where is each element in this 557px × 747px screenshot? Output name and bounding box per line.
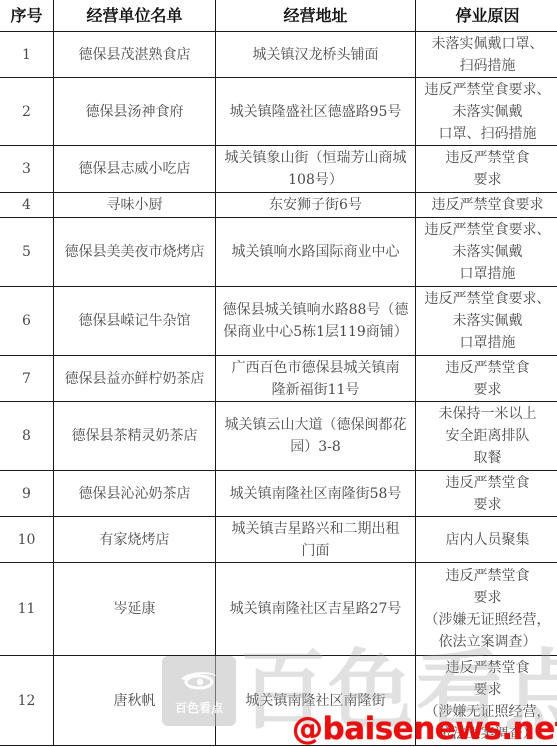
- row-closure-reason: 店内人员聚集: [416, 517, 557, 563]
- table-row: 4寻味小厨东安狮子街6号违反严禁堂食要求: [0, 193, 557, 218]
- row-serial-number: 12: [0, 656, 54, 746]
- row-serial-number: 5: [0, 218, 54, 287]
- row-business-address: 城关镇汉龙桥头铺面: [216, 32, 416, 78]
- row-business-address: 广西百色市德保县城关镇南 隆新福街11号: [216, 356, 416, 402]
- header-serial-number: 序号: [0, 0, 54, 32]
- table-header-row: 序号 经营单位名单 经营地址 停业原因: [0, 0, 557, 32]
- row-business-name: 德保县益亦鲜柠奶茶店: [54, 356, 216, 402]
- row-closure-reason: 未保持一米以上 安全距离排队 取餐: [416, 402, 557, 471]
- row-business-name: 德保县汤神食府: [54, 78, 216, 146]
- watermark-site-text: @baisenews.net: [292, 712, 557, 746]
- row-business-name: 寻味小厨: [54, 193, 216, 218]
- row-business-name: 德保县茶精灵奶茶店: [54, 402, 216, 471]
- row-business-address: 城关镇云山大道（德保闽都花 园）3-8: [216, 402, 416, 471]
- row-business-address: 城关镇吉星路兴和二期出租 门面: [216, 517, 416, 563]
- table-row: 6德保县嵘记牛杂馆德保县城关镇响水路88号（德 保商业中心5栋1层119商铺）违…: [0, 287, 557, 356]
- row-closure-reason: 违反严禁堂食要求、 未落实佩戴 口罩措施: [416, 287, 557, 356]
- table-row: 2德保县汤神食府城关镇隆盛社区德盛路95号违反严禁堂食要求、 未落实佩戴 口罩、…: [0, 78, 557, 146]
- row-business-name: 德保县美美夜市烧烤店: [54, 218, 216, 287]
- row-closure-reason: 违反严禁堂食 要求: [416, 356, 557, 402]
- row-business-name: 德保县茂湛熟食店: [54, 32, 216, 78]
- row-closure-reason: 违反严禁堂食 要求: [416, 471, 557, 517]
- watermark-logo-label: 百色看点: [162, 699, 236, 716]
- row-business-name: 岑延康: [54, 563, 216, 656]
- row-serial-number: 6: [0, 287, 54, 356]
- table-row: 9德保县沁沁奶茶店城关镇南隆社区南隆街58号违反严禁堂食 要求: [0, 471, 557, 517]
- row-business-address: 德保县城关镇响水路88号（德 保商业中心5栋1层119商铺）: [216, 287, 416, 356]
- row-closure-reason: 未落实佩戴口罩、 扫码措施: [416, 32, 557, 78]
- row-serial-number: 2: [0, 78, 54, 146]
- row-business-name: 有家烧烤店: [54, 517, 216, 563]
- table-row: 3德保县志威小吃店城关镇象山街（恒瑞芳山商城 108号）违反严禁堂食 要求: [0, 146, 557, 193]
- row-serial-number: 9: [0, 471, 54, 517]
- table-row: 1德保县茂湛熟食店城关镇汉龙桥头铺面未落实佩戴口罩、 扫码措施: [0, 32, 557, 78]
- row-business-name: 德保县志威小吃店: [54, 146, 216, 193]
- row-closure-reason: 违反严禁堂食要求、 未落实佩戴 口罩、扫码措施: [416, 78, 557, 146]
- row-business-address: 城关镇南隆社区南隆街58号: [216, 471, 416, 517]
- row-business-address: 东安狮子街6号: [216, 193, 416, 218]
- row-business-address: 城关镇隆盛社区德盛路95号: [216, 78, 416, 146]
- row-serial-number: 3: [0, 146, 54, 193]
- store-closure-table: 序号 经营单位名单 经营地址 停业原因 1德保县茂湛熟食店城关镇汉龙桥头铺面未落…: [0, 0, 557, 746]
- row-closure-reason: 违反严禁堂食 要求: [416, 146, 557, 193]
- row-serial-number: 1: [0, 32, 54, 78]
- header-business-name: 经营单位名单: [54, 0, 216, 32]
- row-serial-number: 8: [0, 402, 54, 471]
- row-serial-number: 4: [0, 193, 54, 218]
- watermark-logo-badge: 百色看点: [162, 656, 236, 726]
- table-row: 10有家烧烤店城关镇吉星路兴和二期出租 门面店内人员聚集: [0, 517, 557, 563]
- table-row: 7德保县益亦鲜柠奶茶店广西百色市德保县城关镇南 隆新福街11号违反严禁堂食 要求: [0, 356, 557, 402]
- row-serial-number: 10: [0, 517, 54, 563]
- eye-swirl-logo-icon: [179, 670, 219, 690]
- row-business-address: 城关镇响水路国际商业中心: [216, 218, 416, 287]
- row-closure-reason: 违反严禁堂食要求、 未落实佩戴 口罩措施: [416, 218, 557, 287]
- row-business-name: 德保县沁沁奶茶店: [54, 471, 216, 517]
- table-row: 8德保县茶精灵奶茶店城关镇云山大道（德保闽都花 园）3-8未保持一米以上 安全距…: [0, 402, 557, 471]
- row-serial-number: 11: [0, 563, 54, 656]
- header-business-address: 经营地址: [216, 0, 416, 32]
- header-closure-reason: 停业原因: [416, 0, 557, 32]
- row-closure-reason: 违反严禁堂食要求: [416, 193, 557, 218]
- table-row: 5德保县美美夜市烧烤店城关镇响水路国际商业中心违反严禁堂食要求、 未落实佩戴 口…: [0, 218, 557, 287]
- row-business-address: 城关镇象山街（恒瑞芳山商城 108号）: [216, 146, 416, 193]
- row-serial-number: 7: [0, 356, 54, 402]
- row-business-name: 德保县嵘记牛杂馆: [54, 287, 216, 356]
